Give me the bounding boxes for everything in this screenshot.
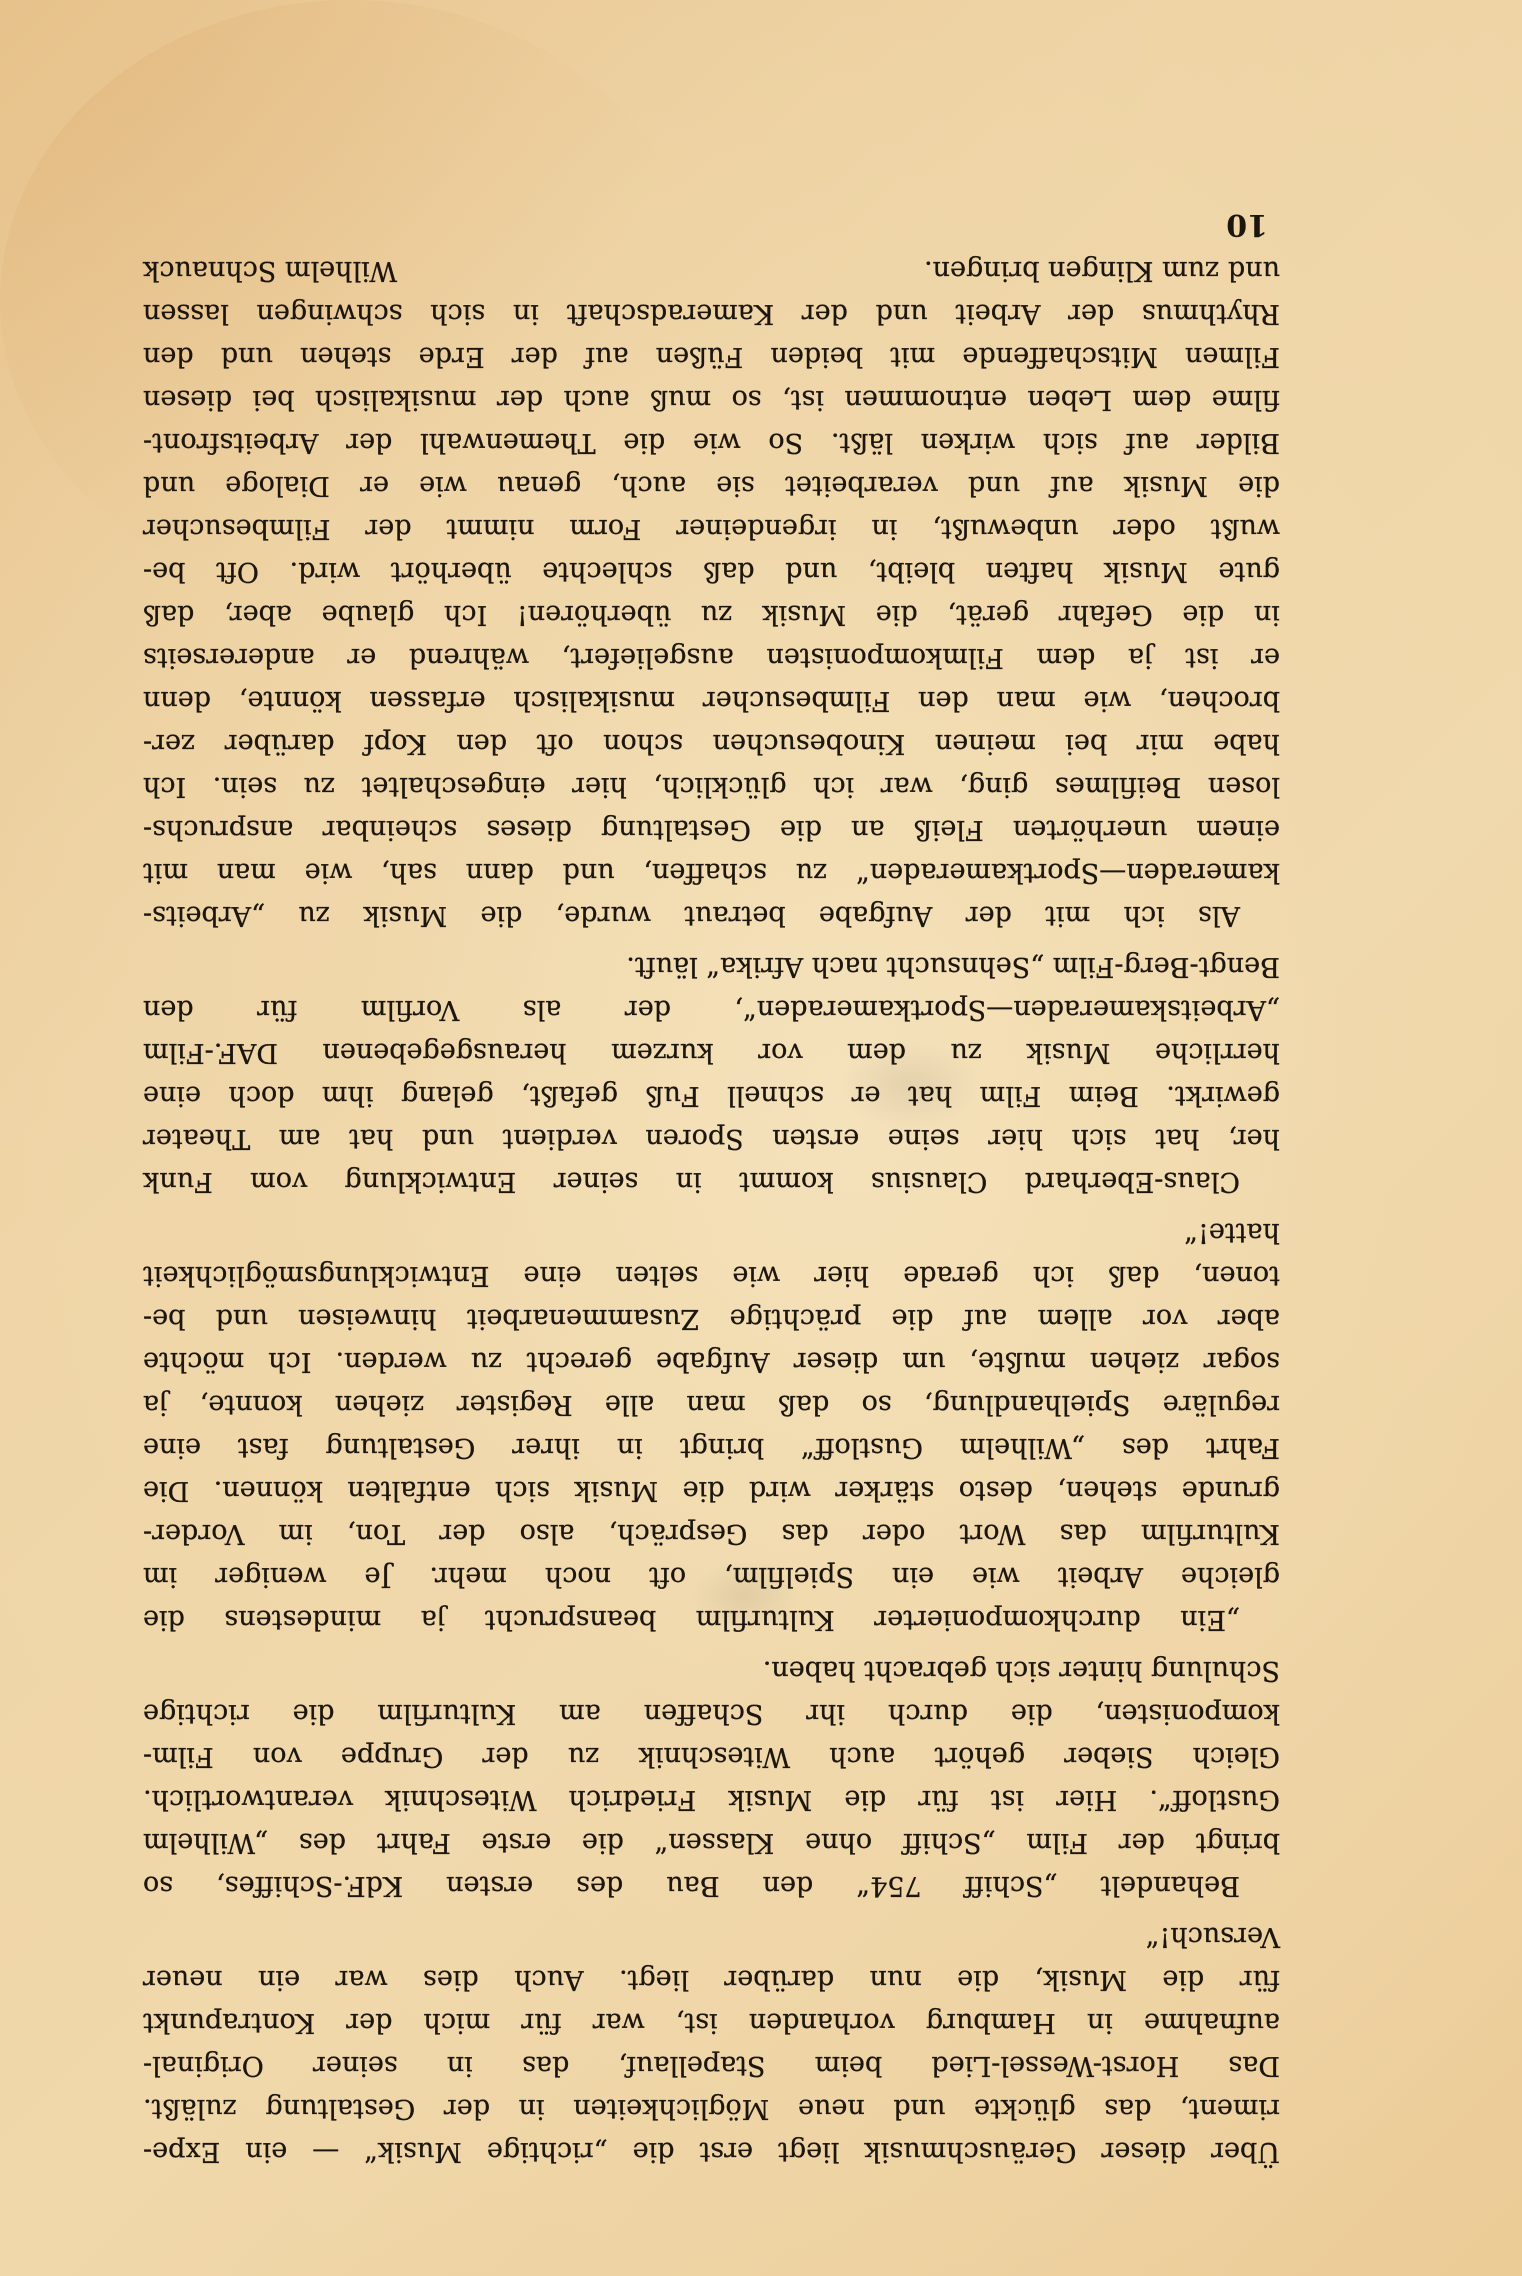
- text-line: herrliche Musik zu dem vor kurzem heraus…: [143, 1031, 1280, 1074]
- text-line: reguläre Spielhandlung, so daß man alle …: [143, 1383, 1280, 1426]
- text-line: aber vor allem auf die prächtige Zusamme…: [143, 1297, 1280, 1340]
- author-signature: Wilhelm Schnauck: [143, 249, 397, 292]
- text-line: brochen, wie man den Filmbesucher musika…: [143, 679, 1280, 722]
- text-line: komponisten, die durch ihr Schaffen am K…: [143, 1692, 1280, 1735]
- text-line: Filmen Mitschaffende mit beiden Füßen au…: [143, 335, 1280, 378]
- text-line: gute Musik haften bleibt, und daß schlec…: [143, 550, 1280, 593]
- text-line: filme dem Leben entnommen ist, so muß au…: [143, 378, 1280, 421]
- text-line: losen Beifilmes ging, war ich glücklich,…: [143, 765, 1280, 808]
- text-line: und zum Klingen bringen.: [924, 249, 1280, 292]
- text-line: er ist ja dem Filmkomponisten ausgeliefe…: [143, 636, 1280, 679]
- text-line: her, hat sich hier seine ersten Sporen v…: [143, 1117, 1280, 1160]
- text-line: bringt der Film „Schiff ohne Klassen“ di…: [143, 1821, 1280, 1864]
- text-line: Schulung hinter sich gebracht haben.: [143, 1649, 1280, 1692]
- scanned-page: Über dieser Geräuschmusik liegt erst die…: [0, 0, 1522, 2276]
- text-line: Bilder auf sich wirken läßt. So wie die …: [143, 421, 1280, 464]
- body-text: Über dieser Geräuschmusik liegt erst die…: [143, 249, 1280, 2173]
- text-line: Gustloff“. Hier ist für die Musik Friedr…: [143, 1778, 1280, 1821]
- text-line: gewirkt. Beim Film hat er schnell Fuß ge…: [143, 1074, 1280, 1117]
- text-line: Über dieser Geräuschmusik liegt erst die…: [143, 2130, 1280, 2173]
- text-line: einem unerhörten Fleiß an die Gestaltung…: [143, 808, 1280, 851]
- text-line: Bengt-Berg-Film „Sehnsucht nach Afrika“ …: [143, 945, 1280, 988]
- text-line: grunde stehen, desto stärker wird die Mu…: [143, 1469, 1280, 1512]
- text-line: Versuch!“: [143, 1915, 1280, 1958]
- text-line: tonen, daß ich gerade hier wie selten ei…: [143, 1254, 1280, 1297]
- text-line: die Musik auf und verarbeitet sie auch, …: [143, 464, 1280, 507]
- text-line: Fahrt des „Wilhelm Gustloff“ bringt in i…: [143, 1426, 1280, 1469]
- text-line: habe mir bei meinen Kinobesuchen schon o…: [143, 722, 1280, 765]
- closing-line: und zum Klingen bringen. Wilhelm Schnauc…: [143, 249, 1280, 292]
- text-line: Gleich Sieber gehört auch Witeschnik zu …: [143, 1735, 1280, 1778]
- paragraph: Behandelt „Schiff 754“ den Bau des erste…: [143, 1649, 1280, 1907]
- text-line: Claus-Eberhard Clausius kommt in seiner …: [143, 1160, 1280, 1203]
- paragraph: Über dieser Geräuschmusik liegt erst die…: [143, 1915, 1280, 2173]
- text-line: Behandelt „Schiff 754“ den Bau des erste…: [143, 1864, 1280, 1907]
- text-line: Als ich mit der Aufgabe betraut wurde, d…: [143, 894, 1280, 937]
- text-line: sogar ziehen mußte, um dieser Aufgabe ge…: [143, 1340, 1280, 1383]
- text-line: „Arbeitskameraden—Sportkameraden“, der a…: [143, 988, 1280, 1031]
- text-line: für die Musik, die nun darüber liegt. Au…: [143, 1958, 1280, 2001]
- text-line: kameraden—Sportkameraden“ zu schaffen, u…: [143, 851, 1280, 894]
- text-line: riment, das glückte und neue Möglichkeit…: [143, 2087, 1280, 2130]
- text-line: Das Horst-Wessel-Lied beim Stapellauf, d…: [143, 2044, 1280, 2087]
- text-line: wußt oder unbewußt, in irgendeiner Form …: [143, 507, 1280, 550]
- text-line: Kulturfilm das Wort oder das Gespräch, a…: [143, 1512, 1280, 1555]
- page-number: 10: [1226, 206, 1268, 242]
- text-line: „Ein durchkomponierter Kulturfilm beansp…: [143, 1598, 1280, 1641]
- text-line: hatte!“: [143, 1211, 1280, 1254]
- paragraph: Als ich mit der Aufgabe betraut wurde, d…: [143, 249, 1280, 937]
- text-line: aufnahme in Hamburg vorhanden ist, war f…: [143, 2001, 1280, 2044]
- text-line: in die Gefahr gerät, die Musik zu überhö…: [143, 593, 1280, 636]
- paragraph: „Ein durchkomponierter Kulturfilm beansp…: [143, 1211, 1280, 1641]
- text-line: gleiche Arbeit wie ein Spielfilm, oft no…: [143, 1555, 1280, 1598]
- paragraph: Claus-Eberhard Clausius kommt in seiner …: [143, 945, 1280, 1203]
- upside-down-page-content: Über dieser Geräuschmusik liegt erst die…: [0, 0, 1522, 2276]
- text-line: Rhythmus der Arbeit und der Kameradschaf…: [143, 292, 1280, 335]
